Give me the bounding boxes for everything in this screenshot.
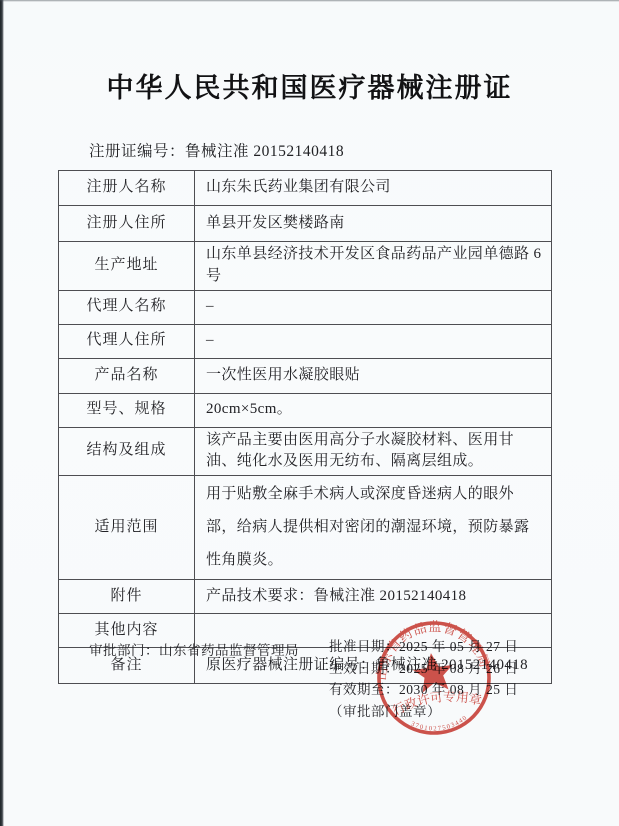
row-value: 该产品主要由医用高分子水凝胶材料、医用甘油、纯化水及医用无纺布、隔离层组成。 [195, 427, 552, 476]
expiry-date-label: 有效期至： [329, 682, 399, 697]
effective-date-line: 生效日期：2025 年 08 月 26 日 [329, 658, 518, 680]
row-label: 型号、规格 [59, 393, 195, 427]
scan-edge-top [0, 0, 619, 2]
cert-number-line: 注册证编号：鲁械注准 20152140418 [89, 139, 344, 161]
row-value: 20cm×5cm。 [195, 393, 552, 427]
row-label: 注册人住所 [59, 206, 195, 242]
table-row: 结构及组成 该产品主要由医用高分子水凝胶材料、医用甘油、纯化水及医用无纺布、隔离… [59, 427, 552, 476]
date-block: 批准日期：2025 年 05 月 27 日 生效日期：2025 年 08 月 2… [329, 636, 518, 722]
page-title: 中华人民共和国医疗器械注册证 [0, 66, 619, 105]
row-label: 附件 [59, 580, 195, 614]
table-row: 生产地址 山东单县经济技术开发区食品药品产业园单德路 6 号 [59, 242, 552, 291]
row-label: 结构及组成 [59, 427, 195, 476]
row-value: – [195, 324, 552, 358]
table-row: 注册人名称 山东朱氏药业集团有限公司 [59, 171, 552, 206]
expiry-date-value: 2030 年 08 月 25 日 [399, 682, 518, 697]
table-row: 产品名称 一次性医用水凝胶眼贴 [59, 358, 552, 393]
registration-table: 注册人名称 山东朱氏药业集团有限公司 注册人住所 单县开发区樊楼路南 生产地址 … [58, 170, 552, 684]
row-value: 产品技术要求：鲁械注准 20152140418 [195, 580, 552, 614]
expiry-date-line: 有效期至：2030 年 08 月 25 日 [329, 679, 518, 701]
row-value: 一次性医用水凝胶眼贴 [195, 358, 552, 393]
row-label: 适用范围 [59, 476, 195, 580]
table-row: 附件 产品技术要求：鲁械注准 20152140418 [59, 580, 552, 614]
row-label: 代理人住所 [59, 324, 195, 358]
row-label: 产品名称 [59, 358, 195, 393]
row-value: 用于贴敷全麻手术病人或深度昏迷病人的眼外部，给病人提供相对密闭的潮湿环境，预防暴… [195, 476, 552, 580]
row-label: 代理人名称 [59, 290, 195, 324]
row-value: 单县开发区樊楼路南 [195, 206, 552, 242]
effective-date-label: 生效日期： [329, 661, 399, 676]
effective-date-value: 2025 年 08 月 26 日 [399, 661, 518, 676]
row-label: 注册人名称 [59, 171, 195, 206]
approval-department-line: 审批部门：山东省药品监督管理局 [89, 639, 299, 659]
certificate-page: 中华人民共和国医疗器械注册证 注册证编号：鲁械注准 20152140418 注册… [0, 0, 619, 826]
table-row: 代理人住所 – [59, 324, 552, 358]
approval-date-label: 批准日期： [329, 639, 399, 654]
table-row: 代理人名称 – [59, 290, 552, 324]
approval-department-label: 审批部门： [89, 643, 159, 658]
row-value: 山东单县经济技术开发区食品药品产业园单德路 6 号 [195, 242, 552, 291]
row-value: 山东朱氏药业集团有限公司 [195, 171, 552, 206]
cert-number-value: 鲁械注准 20152140418 [185, 143, 344, 160]
cert-number-label: 注册证编号： [89, 143, 185, 160]
approval-date-value: 2025 年 05 月 27 日 [399, 639, 518, 654]
table-row: 型号、规格 20cm×5cm。 [59, 393, 552, 427]
approval-date-line: 批准日期：2025 年 05 月 27 日 [329, 636, 518, 658]
seal-note: （审批部门盖章） [329, 701, 518, 723]
row-value: – [195, 290, 552, 324]
table-row: 注册人住所 单县开发区樊楼路南 [59, 206, 552, 242]
row-label: 生产地址 [59, 242, 195, 291]
table-row: 适用范围 用于贴敷全麻手术病人或深度昏迷病人的眼外部，给病人提供相对密闭的潮湿环… [59, 476, 552, 580]
approval-department-value: 山东省药品监督管理局 [159, 643, 299, 658]
scan-edge-left [0, 0, 4, 826]
